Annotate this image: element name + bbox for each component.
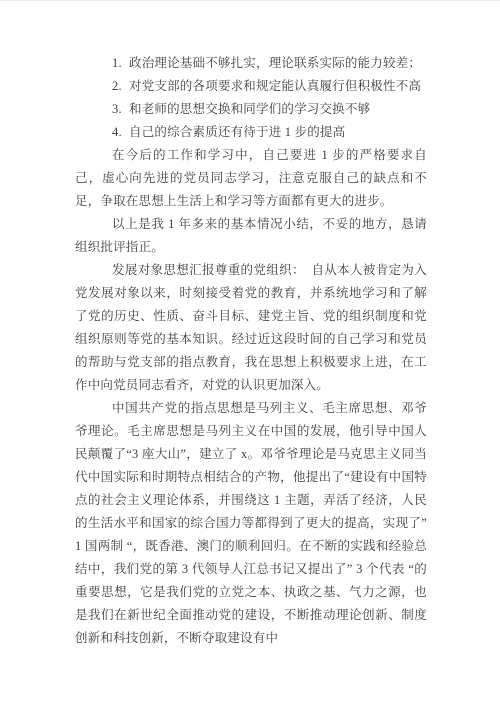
list-item-1: 1.政治理论基础不够扎实，理论联系实际的能力较差； <box>75 52 427 75</box>
list-item-number: 1. <box>112 52 129 75</box>
list-item-text: 对党支部的各项要求和规定能认真履行但积极性不高 <box>129 79 421 93</box>
paragraph-summary-closing: 以上是我 1 年多来的基本情况小结，不妥的地方，恳请组织批评指正。 <box>75 213 427 259</box>
paragraph-party-guiding-thought: 中国共产党的指点思想是马列主义、毛主席思想、邓爷爷理论。毛主席思想是马列主义在中… <box>75 397 427 650</box>
list-item-2: 2.对党支部的各项要求和规定能认真履行但积极性不高 <box>75 75 427 98</box>
paragraph-future-improvement: 在今后的工作和学习中，自己要进 1 步的严格要求自己，虚心向先进的党员同志学习，… <box>75 144 427 213</box>
list-item-text: 自己的综合素质还有待于进 1 步的提高 <box>129 125 345 139</box>
list-item-text: 政治理论基础不够扎实，理论联系实际的能力较差； <box>129 56 421 70</box>
numbered-list: 1.政治理论基础不够扎实，理论联系实际的能力较差； 2.对党支部的各项要求和规定… <box>75 52 427 144</box>
document-body: 1.政治理论基础不够扎实，理论联系实际的能力较差； 2.对党支部的各项要求和规定… <box>0 1 500 650</box>
list-item-3: 3.和老师的思想交换和同学们的学习交换不够 <box>75 98 427 121</box>
list-item-text: 和老师的思想交换和同学们的学习交换不够 <box>129 102 370 116</box>
paragraph-development-target-report: 发展对象思想汇报尊重的党组织： 自从本人被肯定为入党发展对象以来，时刻接受着党的… <box>75 259 427 397</box>
list-item-number: 2. <box>112 75 129 98</box>
list-item-number: 3. <box>112 98 129 121</box>
list-item-number: 4. <box>112 121 129 144</box>
document-page: 1.政治理论基础不够扎实，理论联系实际的能力较差； 2.对党支部的各项要求和规定… <box>0 0 500 708</box>
list-item-4: 4.自己的综合素质还有待于进 1 步的提高 <box>75 121 427 144</box>
